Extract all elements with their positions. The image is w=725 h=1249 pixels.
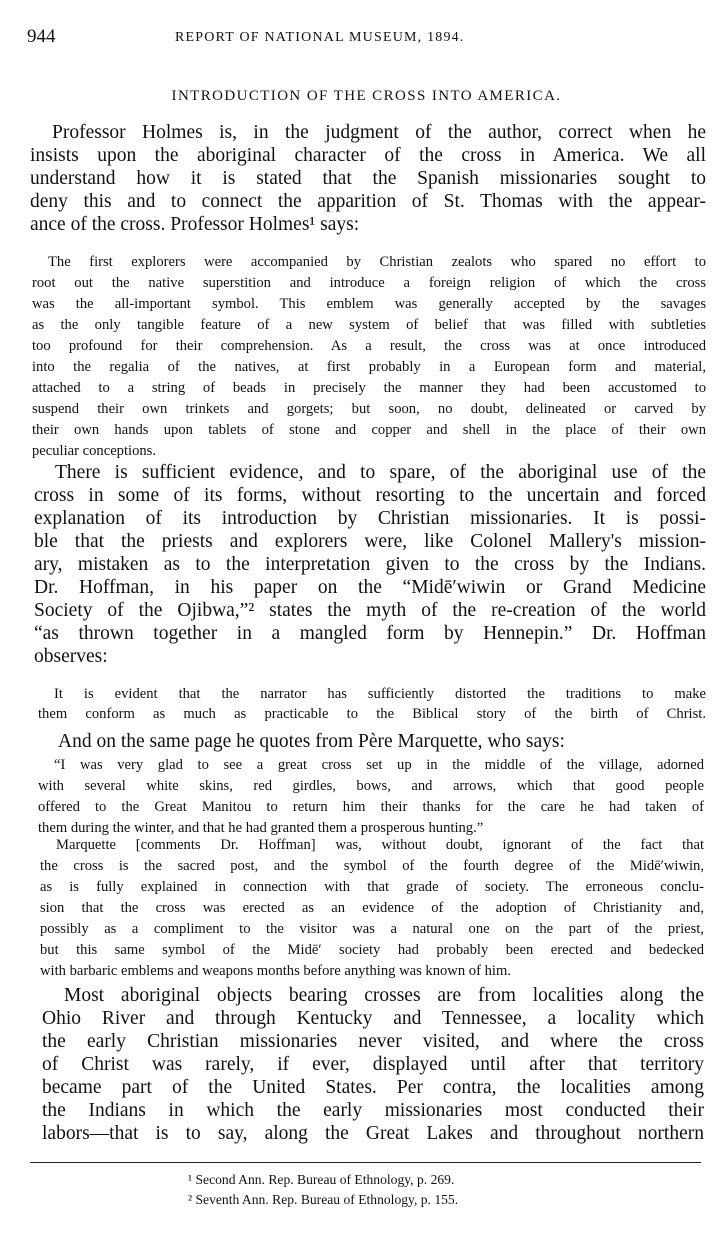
- footnote-2: ² Seventh Ann. Rep. Bureau of Ethnology,…: [188, 1192, 458, 1208]
- body-line: And on the same page he quotes from Père…: [58, 731, 565, 753]
- body-line: Dr. Hoffman, in his paper on the “Midē′w…: [34, 577, 706, 599]
- quote-line: with several white skins, red girdles, b…: [38, 778, 704, 795]
- quote-line: possibly as a compliment to the visitor …: [40, 921, 704, 938]
- body-line: the early Christian missionaries never v…: [42, 1031, 704, 1053]
- footnote-1: ¹ Second Ann. Rep. Bureau of Ethnology, …: [188, 1172, 454, 1188]
- page-number: 944: [27, 26, 56, 48]
- quote-line: “I was very glad to see a great cross se…: [54, 757, 704, 774]
- quote-line: sion that the cross was erected as an ev…: [40, 900, 704, 917]
- quote-line: into the regalia of the natives, at firs…: [32, 359, 706, 376]
- body-line: deny this and to connect the apparition …: [30, 191, 706, 213]
- body-line: insists upon the aboriginal character of…: [30, 145, 706, 167]
- body-line: Society of the Ojibwa,”² states the myth…: [34, 600, 706, 622]
- quote-line: with barbaric emblems and weapons months…: [40, 963, 511, 980]
- body-line: Most aboriginal objects bearing crosses …: [64, 985, 704, 1007]
- body-line: understand how it is stated that the Spa…: [30, 168, 706, 190]
- quote-line: offered to the Great Manitou to return h…: [38, 799, 704, 816]
- body-line: ary, mistaken as to the interpretation g…: [34, 554, 706, 576]
- quote-line: attached to a string of beads in precise…: [32, 380, 706, 397]
- footnote-rule: [30, 1162, 701, 1163]
- section-title: INTRODUCTION OF THE CROSS INTO AMERICA.: [0, 88, 725, 105]
- quote-line: their own hands upon tablets of stone an…: [32, 422, 706, 439]
- quote-line: them conform as much as practicable to t…: [38, 706, 706, 723]
- body-line: observes:: [34, 646, 108, 668]
- quote-line: The first explorers were accompanied by …: [48, 254, 706, 271]
- page-header: 944 REPORT OF NATIONAL MUSEUM, 1894.: [27, 26, 687, 50]
- quote-line: root out the native superstition and int…: [32, 275, 706, 292]
- body-line: of Christ was rarely, if ever, displayed…: [42, 1054, 704, 1076]
- body-line: ble that the priests and explorers were,…: [34, 531, 706, 553]
- body-line: There is sufficient evidence, and to spa…: [55, 462, 706, 484]
- body-line: Ohio River and through Kentucky and Tenn…: [42, 1008, 704, 1030]
- body-line: labors—that is to say, along the Great L…: [42, 1123, 704, 1145]
- body-line: became part of the United States. Per co…: [42, 1077, 704, 1099]
- quote-line: as the only tangible feature of a new sy…: [32, 317, 706, 334]
- quote-line: them during the winter, and that he had …: [38, 820, 483, 837]
- body-line: explanation of its introduction by Chris…: [34, 508, 706, 530]
- body-line: cross in some of its forms, without reso…: [34, 485, 706, 507]
- body-line: “as thrown together in a mangled form by…: [34, 623, 706, 645]
- body-line: the Indians in which the early missionar…: [42, 1100, 704, 1122]
- document-page: 944 REPORT OF NATIONAL MUSEUM, 1894. INT…: [0, 0, 725, 1249]
- quote-line: the cross is the sacred post, and the sy…: [40, 858, 704, 875]
- body-line: ance of the cross. Professor Holmes¹ say…: [30, 214, 359, 236]
- quote-line: too profound for their comprehension. As…: [32, 338, 706, 355]
- quote-line: It is evident that the narrator has suff…: [54, 686, 706, 703]
- quote-line: as is fully explained in connection with…: [40, 879, 704, 896]
- body-line: Professor Holmes is, in the judgment of …: [52, 122, 706, 144]
- quote-line: suspend their own trinkets and gorgets; …: [32, 401, 706, 418]
- quote-line: peculiar conceptions.: [32, 443, 156, 460]
- running-head: REPORT OF NATIONAL MUSEUM, 1894.: [175, 30, 465, 46]
- quote-line: was the all-important symbol. This emble…: [32, 296, 706, 313]
- quote-line: but this same symbol of the Midē′ societ…: [40, 942, 704, 959]
- quote-line: Marquette [comments Dr. Hoffman] was, wi…: [56, 837, 704, 854]
